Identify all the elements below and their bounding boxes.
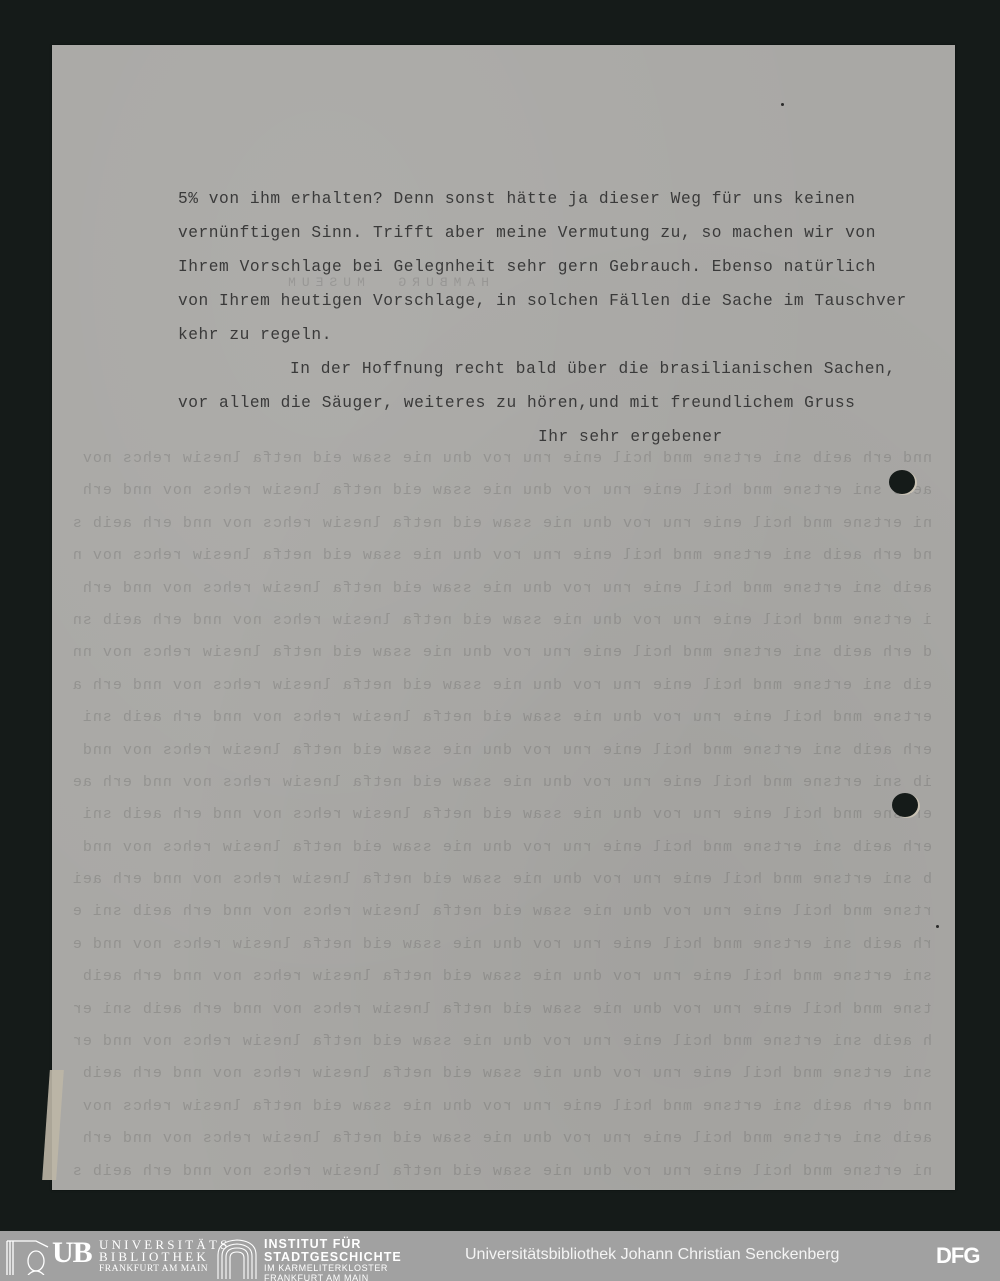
isg-logo-text: INSTITUT FÜR STADTGESCHICHTE IM KARMELIT… xyxy=(264,1238,402,1281)
dfg-logo: DFG xyxy=(936,1243,979,1269)
bleed-through-line: rh aeib sni ertsne mnd hcil enie rnu rov… xyxy=(72,936,932,968)
bleed-through-line: aeib sni ertsne mnd hcil enie rnu rov dn… xyxy=(72,580,932,612)
bleed-through-line: erh aeib sni ertsne mnd hcil enie rnu ro… xyxy=(72,839,932,871)
isg-line-3: IM KARMELITERKLOSTER xyxy=(264,1263,402,1273)
ub-line-2: BIBLIOTHEK xyxy=(99,1251,231,1263)
text-line: 5% von ihm erhalten? Denn sonst hätte ja… xyxy=(178,182,968,216)
bleed-through-line: sni ertsne mnd hcil enie rnu rov dnu nie… xyxy=(72,968,932,1000)
bleed-through-line: ertsne mnd hcil enie rnu rov dnu nie ssa… xyxy=(72,709,932,741)
bleed-through-line: sni ertsne mnd hcil enie rnu rov dnu nie… xyxy=(72,1065,932,1097)
text-line: kehr zu regeln. xyxy=(178,318,968,352)
bleed-through-line: nd erh aeib sni ertsne mnd hcil enie rnu… xyxy=(72,547,932,579)
ub-logo-text: UNIVERSITÄTS BIBLIOTHEK FRANKFURT AM MAI… xyxy=(99,1239,231,1275)
ink-mark xyxy=(781,103,784,106)
text-line: Ihrem Vorschlage bei Gelegnheit sehr ger… xyxy=(178,250,968,284)
bleed-through-line: tsne mnd hcil enie rnu rov dnu nie ssaw … xyxy=(72,1001,932,1033)
ub-line-3: FRANKFURT AM MAIN xyxy=(99,1263,231,1275)
text-line: von Ihrem heutigen Vorschlage, in solche… xyxy=(178,284,968,318)
bleed-through-line: aeib sni ertsne mnd hcil enie rnu rov dn… xyxy=(72,482,932,514)
bleed-through-line: h aeib sni ertsne mnd hcil enie rnu rov … xyxy=(72,1033,932,1065)
bleed-through-line: ni ertsne mnd hcil enie rnu rov dnu nie … xyxy=(72,1163,932,1195)
folded-corner xyxy=(42,1070,64,1180)
goethe-portrait-logo-icon xyxy=(4,1239,52,1275)
bleed-through-line: ni ertsne mnd hcil enie rnu rov dnu nie … xyxy=(72,515,932,547)
ink-mark xyxy=(936,925,939,928)
text-line: vor allem die Säuger, weiteres zu hören,… xyxy=(178,386,968,420)
bleed-through-text: nnd erh aeib sni ertsne mnd hcil enie rn… xyxy=(72,450,932,1195)
footer-bar: UB UNIVERSITÄTS BIBLIOTHEK FRANKFURT AM … xyxy=(0,1231,1000,1281)
punch-hole-icon xyxy=(892,793,918,817)
bleed-through-line: nnd erh aeib sni ertsne mnd hcil enie rn… xyxy=(72,450,932,482)
gothic-arch-logo-icon xyxy=(216,1239,258,1279)
bleed-through-line: ib sni ertsne mnd hcil enie rnu rov dnu … xyxy=(72,774,932,806)
punch-hole-icon xyxy=(889,470,915,494)
bleed-through-line: d erh aeib sni ertsne mnd hcil enie rnu … xyxy=(72,644,932,676)
isg-line-2: STADTGESCHICHTE xyxy=(264,1251,402,1264)
bleed-through-line: nnd erh aeib sni ertsne mnd hcil enie rn… xyxy=(72,1098,932,1130)
bleed-through-line: erh aeib sni ertsne mnd hcil enie rnu ro… xyxy=(72,742,932,774)
bleed-through-line: rtsne mnd hcil enie rnu rov dnu nie ssaw… xyxy=(72,903,932,935)
bleed-through-line: ertsne mnd hcil enie rnu rov dnu nie ssa… xyxy=(72,806,932,838)
ub-logo-letters: UB xyxy=(52,1236,92,1270)
document-viewer: HAMBURG MUSEUM nnd erh aeib sni ertsne m… xyxy=(0,0,1000,1231)
closing-salutation: Ihr sehr ergebener xyxy=(178,420,968,454)
bleed-through-line: b sni ertsne mnd hcil enie rnu rov dnu n… xyxy=(72,871,932,903)
text-line: In der Hoffnung recht bald über die bras… xyxy=(178,352,968,386)
isg-line-1: INSTITUT FÜR xyxy=(264,1238,402,1251)
text-line: vernünftigen Sinn. Trifft aber meine Ver… xyxy=(178,216,968,250)
isg-line-4: FRANKFURT AM MAIN xyxy=(264,1273,402,1281)
scanned-letter-page: HAMBURG MUSEUM nnd erh aeib sni ertsne m… xyxy=(52,45,955,1190)
bleed-through-line: aeib sni ertsne mnd hcil enie rnu rov dn… xyxy=(72,1130,932,1162)
bleed-through-line: i ertsne mnd hcil enie rnu rov dnu nie s… xyxy=(72,612,932,644)
library-name: Universitätsbibliothek Johann Christian … xyxy=(465,1246,839,1264)
bleed-through-line: eib sni ertsne mnd hcil enie rnu rov dnu… xyxy=(72,677,932,709)
letter-body: 5% von ihm erhalten? Denn sonst hätte ja… xyxy=(178,182,968,454)
